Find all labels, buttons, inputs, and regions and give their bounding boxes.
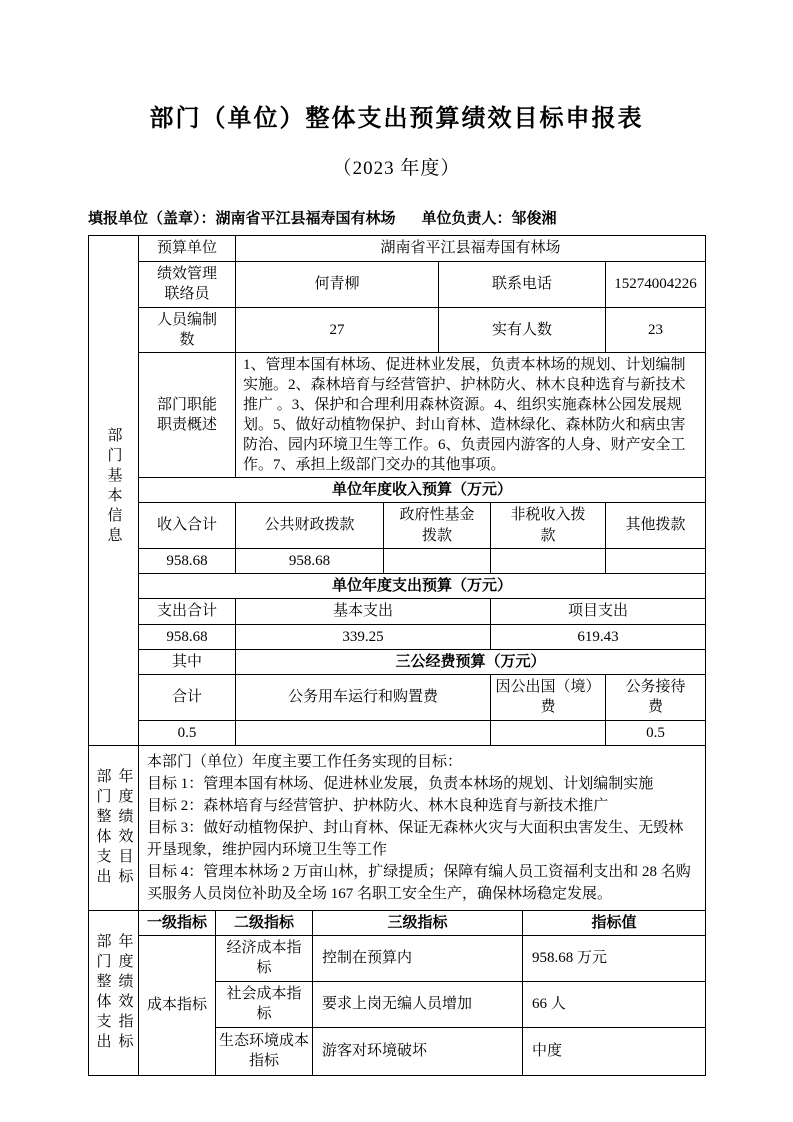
expense-header: 项目支出 bbox=[491, 599, 706, 624]
three-public-header: 公务用车运行和购置费 bbox=[236, 675, 491, 721]
section-label-indicators: 部门整体支出 年度绩效指标 bbox=[89, 910, 139, 1075]
indicator-col-header: 指标值 bbox=[523, 910, 706, 935]
three-public-header: 因公出国（境）费 bbox=[491, 675, 606, 721]
phone-value: 15274004226 bbox=[606, 262, 706, 308]
actual-staff-label: 实有人数 bbox=[439, 307, 606, 353]
vertical-label: 部门整体支出 bbox=[94, 933, 112, 1053]
vertical-label: 部门基本信息 bbox=[105, 427, 123, 547]
form-page: 部门（单位）整体支出预算绩效目标申报表 （2023 年度） 填报单位（盖章）：湖… bbox=[0, 0, 793, 1122]
level3-indicator: 控制在预算内 bbox=[313, 936, 523, 982]
three-public-value: 0.5 bbox=[139, 720, 236, 745]
duty-label: 部门职能职责概述 bbox=[139, 353, 236, 478]
section-label-annual-goals: 部门整体支出 年度绩效目标 bbox=[89, 745, 139, 910]
perf-contact-label: 绩效管理联络员 bbox=[139, 262, 236, 308]
vertical-label-pair: 部门整体支出 年度绩效指标 bbox=[93, 933, 134, 1053]
budget-unit-label: 预算单位 bbox=[139, 236, 236, 262]
among-label: 其中 bbox=[139, 649, 236, 674]
basic-info-table: 部门基本信息 预算单位 湖南省平江县福寿国有林场 绩效管理联络员 何青柳 联系电… bbox=[88, 235, 706, 746]
actual-staff-value: 23 bbox=[606, 307, 706, 353]
vertical-label: 年度绩效指标 bbox=[116, 933, 134, 1053]
expense-header: 基本支出 bbox=[236, 599, 491, 624]
income-value: 958.68 bbox=[139, 548, 236, 573]
expense-value: 619.43 bbox=[491, 624, 706, 649]
income-header: 公共财政拨款 bbox=[236, 503, 384, 549]
income-budget-title: 单位年度收入预算（万元） bbox=[139, 478, 706, 503]
fill-unit-line: 填报单位（盖章）：湖南省平江县福寿国有林场单位负责人：邹俊湘 bbox=[88, 207, 793, 228]
indicator-value: 中度 bbox=[523, 1027, 706, 1075]
three-public-header: 合计 bbox=[139, 675, 236, 721]
duty-text: 1、管理本国有林场、促进林业发展，负责本林场的规划、计划编制实施。2、森林培育与… bbox=[236, 353, 706, 478]
income-header: 收入合计 bbox=[139, 503, 236, 549]
annual-goals-table: 部门整体支出 年度绩效目标 本部门（单位）年度主要工作任务实现的目标： 目标 1… bbox=[88, 745, 706, 911]
income-header: 其他拨款 bbox=[606, 503, 706, 549]
vertical-label: 部门整体支出 bbox=[94, 768, 112, 888]
indicator-col-header: 二级指标 bbox=[216, 910, 313, 935]
expense-value: 958.68 bbox=[139, 624, 236, 649]
income-value: 958.68 bbox=[236, 548, 384, 573]
page-subtitle: （2023 年度） bbox=[0, 153, 793, 180]
fill-unit-text: 填报单位（盖章）：湖南省平江县福寿国有林场 bbox=[88, 211, 396, 227]
expense-budget-title: 单位年度支出预算（万元） bbox=[139, 574, 706, 599]
three-public-value bbox=[491, 720, 606, 745]
level3-indicator: 游客对环境破坏 bbox=[313, 1027, 523, 1075]
perf-contact-value: 何青柳 bbox=[236, 262, 439, 308]
indicator-value: 958.68 万元 bbox=[523, 936, 706, 982]
indicator-col-header: 一级指标 bbox=[139, 910, 216, 935]
vertical-label: 年度绩效目标 bbox=[116, 768, 134, 888]
income-value bbox=[606, 548, 706, 573]
budget-unit-value: 湖南省平江县福寿国有林场 bbox=[236, 236, 706, 262]
indicator-col-header: 三级指标 bbox=[313, 910, 523, 935]
staff-quota-value: 27 bbox=[236, 307, 439, 353]
level3-indicator: 要求上岗无编人员增加 bbox=[313, 981, 523, 1027]
income-value bbox=[384, 548, 491, 573]
income-header: 政府性基金拨款 bbox=[384, 503, 491, 549]
level2-indicator: 社会成本指标 bbox=[216, 981, 313, 1027]
phone-label: 联系电话 bbox=[439, 262, 606, 308]
expense-value: 339.25 bbox=[236, 624, 491, 649]
three-public-value: 0.5 bbox=[606, 720, 706, 745]
income-header: 非税收入拨款 bbox=[491, 503, 606, 549]
annual-goals-text: 本部门（单位）年度主要工作任务实现的目标： 目标 1：管理本国有林场、促进林业发… bbox=[139, 745, 706, 910]
unit-head-text: 单位负责人：邹俊湘 bbox=[422, 211, 557, 227]
page-title: 部门（单位）整体支出预算绩效目标申报表 bbox=[0, 0, 793, 133]
three-public-title: 三公经费预算（万元） bbox=[236, 649, 706, 674]
staff-quota-label: 人员编制数 bbox=[139, 307, 236, 353]
indicator-value: 66 人 bbox=[523, 981, 706, 1027]
vertical-label-pair: 部门整体支出 年度绩效目标 bbox=[93, 768, 134, 888]
level1-indicator: 成本指标 bbox=[139, 936, 216, 1076]
three-public-header: 公务接待费 bbox=[606, 675, 706, 721]
level2-indicator: 生态环境成本指标 bbox=[216, 1027, 313, 1075]
level2-indicator: 经济成本指标 bbox=[216, 936, 313, 982]
income-value bbox=[491, 548, 606, 573]
indicators-table: 部门整体支出 年度绩效指标 一级指标 二级指标 三级指标 指标值 成本指标 经济… bbox=[88, 910, 706, 1076]
three-public-value bbox=[236, 720, 491, 745]
expense-header: 支出合计 bbox=[139, 599, 236, 624]
section-label-basic-info: 部门基本信息 bbox=[89, 236, 139, 746]
